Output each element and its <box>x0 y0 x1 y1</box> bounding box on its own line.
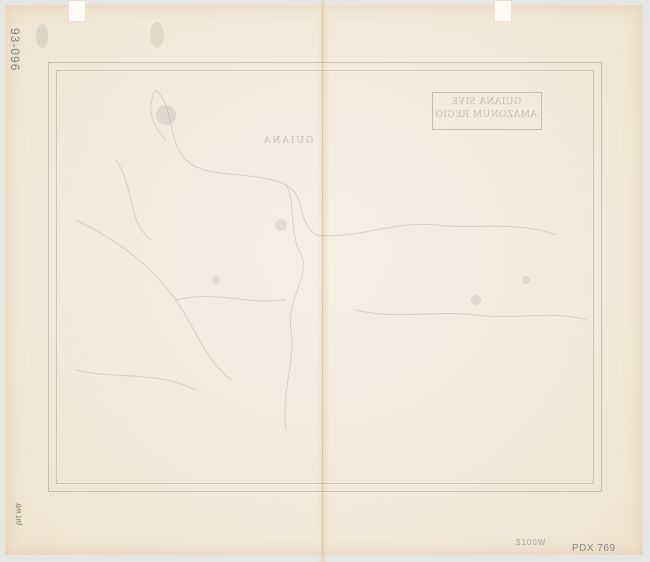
mounting-tab-left <box>68 0 86 22</box>
stain <box>36 24 48 48</box>
catalog-code-note: PDX 769 <box>572 543 616 554</box>
stain <box>150 22 164 48</box>
cartouche-title: GUIANA SIVE AMAZONUM REGIO <box>434 96 538 122</box>
price-note: $100W <box>516 538 546 547</box>
pencil-note-left: prt wtr <box>14 503 23 525</box>
mirrored-region-label: GUIANA <box>262 136 313 146</box>
mounting-tab-right <box>494 0 512 22</box>
inventory-number-note: 93-096 <box>8 28 22 71</box>
mirrored-title-cartouche: GUIANA SIVE AMAZONUM REGIO <box>420 78 555 150</box>
